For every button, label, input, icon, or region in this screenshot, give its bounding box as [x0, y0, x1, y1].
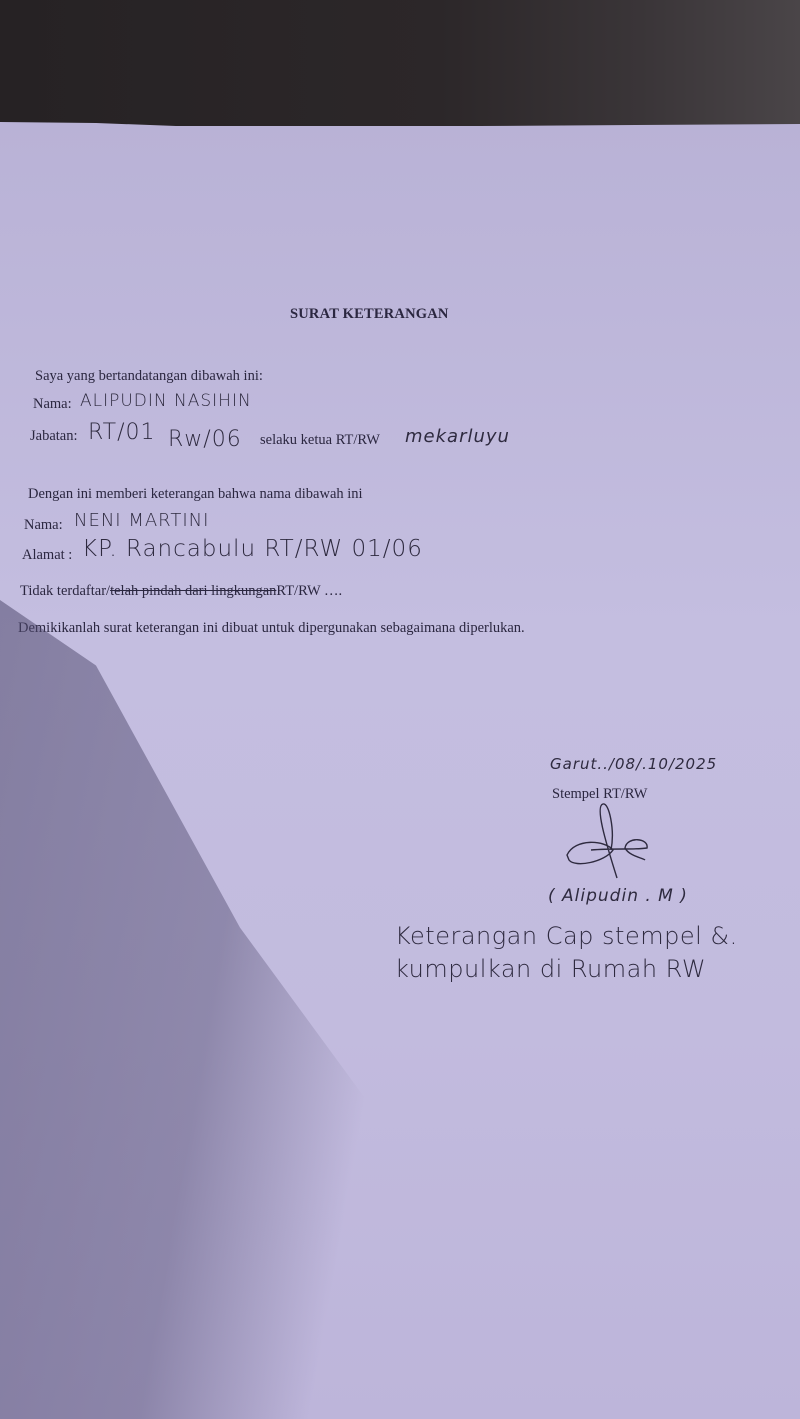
closing-text: Demikikanlah surat keterangan ini dibuat…: [18, 620, 525, 637]
subject-name-value: NENI MARTINI: [74, 510, 209, 531]
statement-text: Dengan ini memberi keterangan bahwa nama…: [28, 486, 363, 503]
signer-position-label: Jabatan:: [30, 428, 78, 445]
status-kept: Tidak terdaftar/: [20, 583, 110, 599]
subject-address-value: KP. Rancabulu RT/RW 01/06: [82, 536, 423, 562]
status-line: Tidak terdaftar/telah pindah dari lingku…: [20, 583, 342, 600]
intro-text: Saya yang bertandatangan dibawah ini:: [35, 368, 263, 385]
signature-icon: [565, 800, 675, 890]
signer-name-value: ALIPUDIN NASIHIN: [80, 391, 252, 411]
signer-name-label: Nama:: [33, 396, 72, 413]
note-line-1: Keterangan Cap stempel &.: [395, 922, 738, 950]
as-head-value: mekarluyu: [405, 426, 510, 447]
subject-address-label: Alamat :: [22, 547, 72, 564]
signature-name: ( Alipudin . M ): [548, 886, 688, 906]
note-line-2: kumpulkan di Rumah RW: [395, 955, 706, 983]
status-struck: telah pindah dari lingkungan: [110, 583, 276, 599]
signer-position-rt: RT/01: [88, 420, 156, 445]
dark-background: [0, 0, 800, 140]
status-tail: RT/RW ….: [276, 583, 342, 599]
as-head-label: selaku ketua RT/RW: [260, 432, 380, 449]
signer-position-rw: Rw/06: [168, 427, 242, 452]
date-value: Garut../08/.10/2025: [550, 755, 717, 773]
subject-name-label: Nama:: [24, 517, 63, 534]
document-title: SURAT KETERANGAN: [290, 306, 449, 323]
